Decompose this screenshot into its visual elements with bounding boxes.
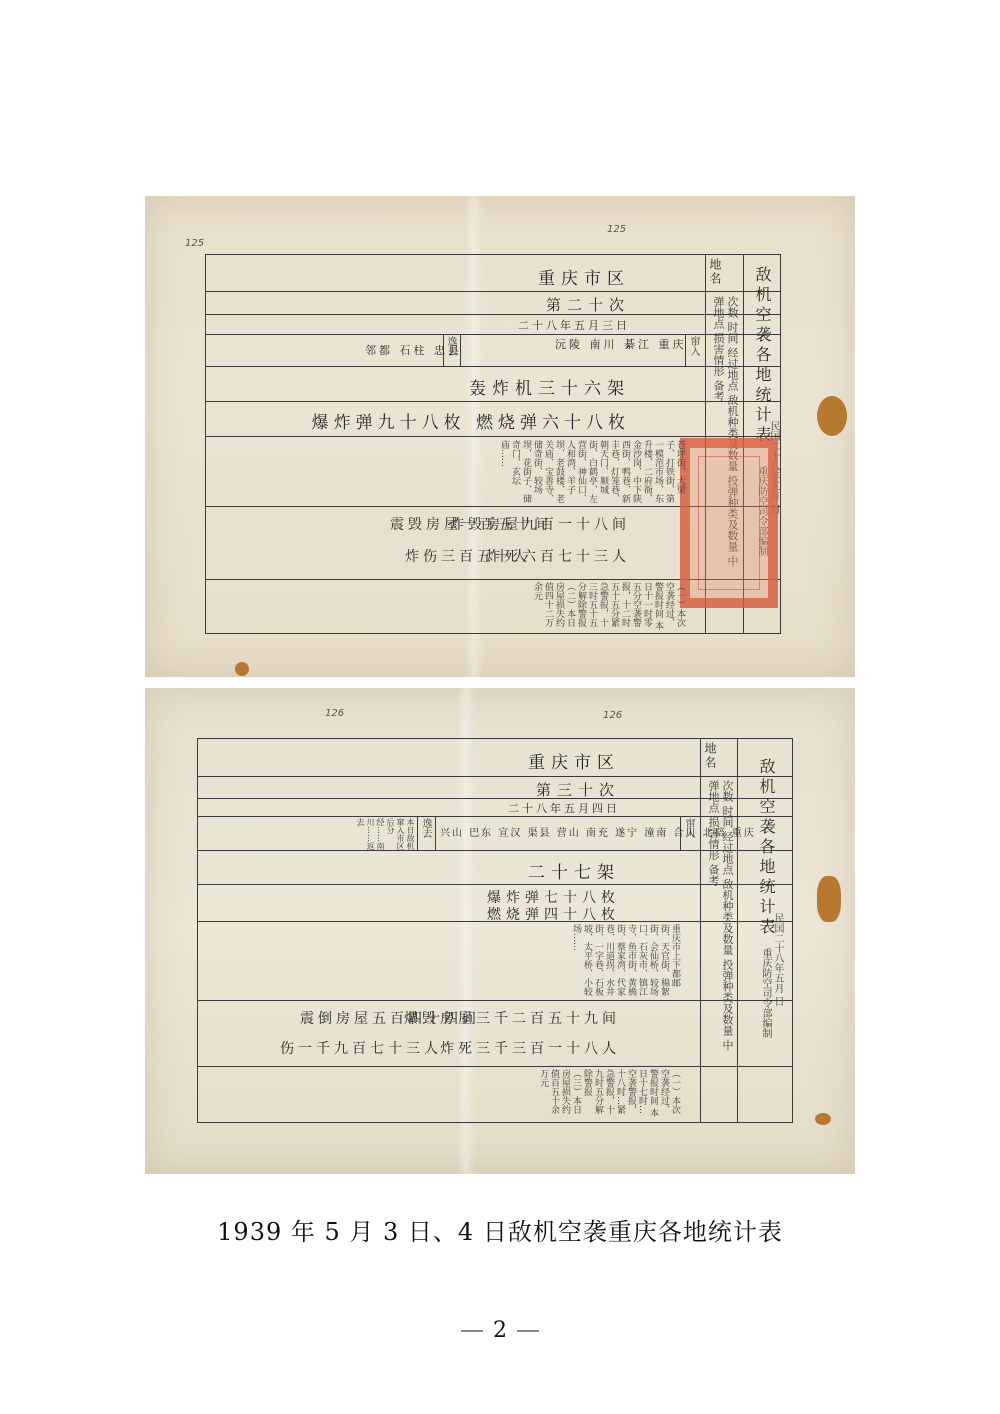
raid-number: 第三十次 [536, 779, 620, 800]
page-number: 2 [493, 1318, 507, 1343]
raid-date: 二十八年五月四日 [508, 800, 620, 816]
margin-page-number: 126 [325, 708, 344, 719]
wounded: 炸伤三百五十人 [405, 546, 531, 566]
route-out-note: 本日敌机窜入市区后分经……南川……返去 [257, 818, 415, 850]
remarks: （一）本次空袭经过、警报时间 本日十一时零五分空袭警报，十二时五十五分紧急警报，… [525, 582, 685, 632]
route-in-label: 窜入 [688, 336, 699, 356]
issue-date: 民国二十八年五月 日 [771, 913, 783, 1006]
stain [235, 662, 249, 676]
wounded: 伤一千九百七十三人 [280, 1038, 442, 1058]
footer-dash-right [517, 1330, 539, 1332]
page-footer: 2 [0, 1318, 1000, 1343]
table-title: 敌机空袭各地统计表 [755, 758, 778, 938]
route-in: 兴山 巴东 宣汉 渠县 营山 南充 遂宁 潼南 合川 北碚 重庆 [440, 824, 756, 839]
archive-page-number: 125 [607, 224, 626, 235]
figure-caption: 1939 年 5 月 3 日、4 日敌机空袭重庆各地统计表 [0, 1212, 1000, 1247]
killed: 炸死三千三百一十八人 [440, 1038, 620, 1058]
location: 重庆市区 [528, 748, 620, 773]
aircraft-count: 轰炸机三十六架 [469, 374, 630, 399]
margin-page-number: 125 [185, 238, 204, 249]
official-seal [680, 438, 778, 608]
remarks: （一）本次空袭经过、警报时间 本日十七时…空袭警报，十八时…紧急警报，十九时五分… [510, 1069, 680, 1121]
location: 重庆市区 [538, 264, 630, 289]
collapsed-houses: 震毁房屋一百五十间 [390, 514, 552, 534]
aircraft-count: 二十七架 [528, 858, 620, 883]
route-out: 邻都 石柱 忠县 [365, 342, 462, 358]
collapsed-houses: 震倒房屋五百四十四间 [300, 1008, 480, 1028]
raid-date: 二十八年五月三日 [518, 317, 630, 333]
table-title: 敌机空袭各地统计表 [751, 266, 774, 446]
raid-number: 第二十次 [546, 294, 630, 315]
archive-page-number: 126 [603, 710, 622, 721]
footer-dash-left [461, 1330, 483, 1332]
header-column-labels: 地名 [702, 742, 719, 770]
archive-photo-sheet-2: 126 126 地名 次数 时间 经过地点 敌机种类及数量 投弹种类及数量 中弹… [145, 688, 855, 1174]
bombs-dropped: 爆炸弹九十八枚 燃烧弹六十八枚 [312, 408, 630, 433]
archive-photo-sheet-1: 125 125 地名 次数 时间 经过地点 敌机种类及数量 投弹种类及数量 中弹… [145, 196, 855, 677]
hit-locations: 苍坪街、大梁子、打铁街、第一模范市场、东升楼、二府衙、金沙岗、中下陕西街、鸭巷、… [395, 440, 685, 504]
issuer: 重庆防空司令部编制 [759, 948, 771, 1038]
route-out-label: 逸去 [420, 818, 431, 838]
stain [815, 1113, 831, 1125]
header-column-labels: 地名 [707, 258, 724, 286]
hit-locations: 重庆市上下都邮街、天官街、棉絮街、会仙桥、较场口、石灰市、镇江寺、鱼市街、黄桷街… [335, 924, 680, 998]
stain [817, 876, 841, 922]
header-labels: 次数 时间 经过地点 敌机种类及数量 投弹种类及数量 中弹地点 损害情形 备考 [706, 780, 734, 1060]
route-in: 沅陵 南川 綦江 重庆 [555, 336, 687, 352]
stain [817, 396, 847, 436]
incendiary-bombs: 燃烧弹四十八枚 [487, 904, 620, 924]
